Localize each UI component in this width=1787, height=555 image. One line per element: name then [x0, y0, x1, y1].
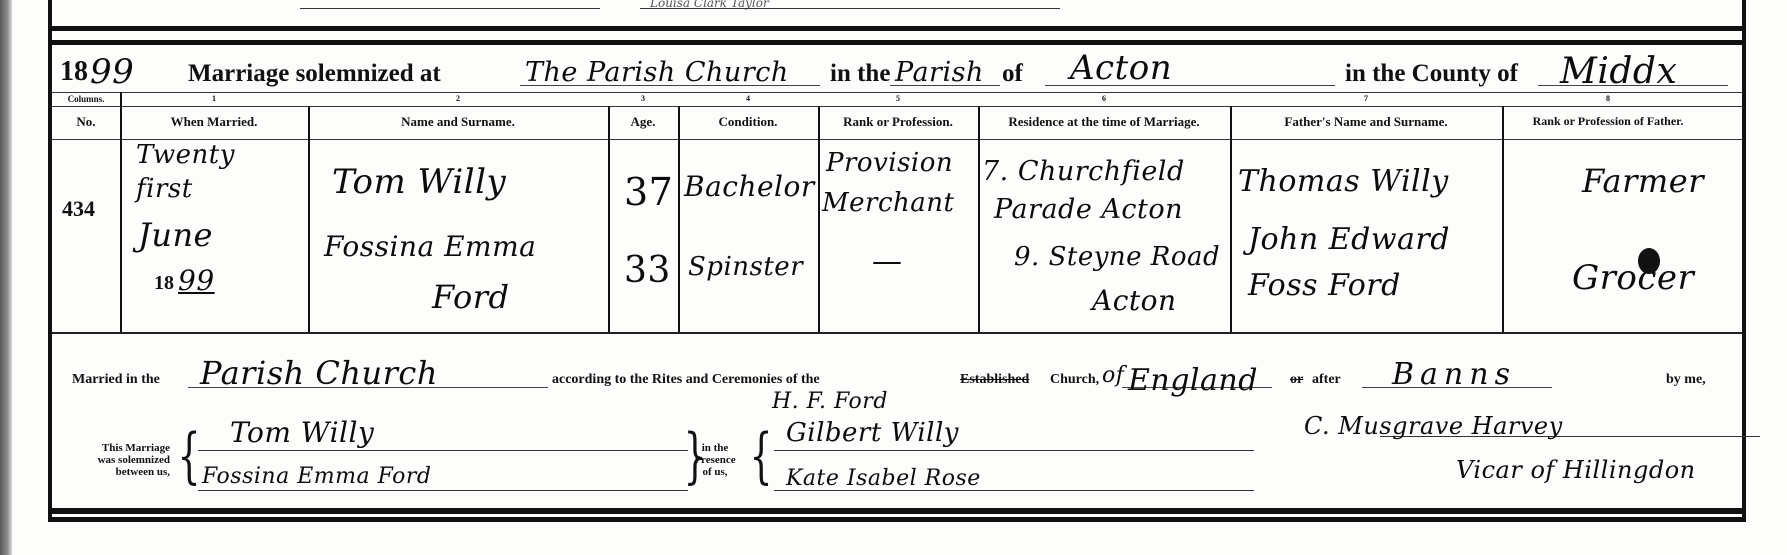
column-number: 6 [978, 94, 1230, 103]
column-number: 1 [120, 94, 308, 103]
bride-profession: — [872, 244, 903, 279]
column-label: Father's Name and Surname. [1230, 114, 1502, 130]
label-solemnized: Marriage solemnized at [188, 60, 441, 88]
top-double-rule [52, 26, 1742, 31]
church-of-hand: of [1102, 363, 1124, 388]
groom-age: 37 [624, 170, 673, 214]
year-printed: 18 [60, 56, 88, 88]
when-married-day: Twenty [136, 140, 235, 170]
column-label: Condition. [678, 114, 818, 130]
table-header: Columns. No. 1 When Married. 2 Name and … [52, 92, 1742, 140]
officiant-signature: C. Musgrave Harvey [1304, 412, 1563, 440]
by-value: Banns [1392, 357, 1516, 392]
column-number: 5 [818, 94, 978, 103]
bride-father-name-line1: John Edward [1248, 222, 1450, 257]
bride-father-profession: Grocer [1572, 258, 1694, 298]
label-by-me: by me, [1666, 372, 1706, 388]
when-married-year-hand: 99 [178, 264, 215, 297]
groom-condition: Bachelor [684, 170, 815, 203]
label-after: after [1312, 372, 1341, 388]
district-type-value: Parish [895, 57, 984, 88]
header-rule [52, 92, 1742, 93]
when-married-month: June [138, 216, 213, 254]
bride-father-name-line2: Foss Ford [1248, 268, 1401, 303]
groom-father-name: Thomas Willy [1238, 164, 1449, 199]
county-value: Middx [1560, 51, 1677, 92]
parish-name-value: Acton [1070, 48, 1172, 88]
bride-name-line1: Fossina Emma [324, 230, 536, 263]
label-presence: in the Presence of us, [690, 442, 740, 478]
label-line: of us, [690, 466, 740, 478]
column-number: 2 [308, 94, 608, 103]
column-number: 4 [678, 94, 818, 103]
signature-line [198, 490, 688, 491]
groom-residence-line1: 7. Churchfield [982, 156, 1185, 187]
bride-name-line2: Ford [432, 278, 510, 316]
bottom-rule [52, 508, 1746, 514]
header-rule [52, 106, 1742, 107]
label-of: of [1002, 60, 1023, 88]
ink-blot [1638, 248, 1660, 274]
label-line: was solemnized [62, 454, 170, 466]
venue-value: Parish Church [200, 354, 438, 392]
label-married-in: Married in the [72, 372, 160, 388]
column-label: No. [52, 114, 120, 130]
label-line: in the [690, 442, 740, 454]
bride-age: 33 [624, 250, 671, 291]
year-handwritten: 99 [90, 52, 134, 92]
entry-number: 434 [62, 196, 95, 222]
place-value: The Parish Church [525, 57, 789, 88]
church-of-value: England [1128, 363, 1258, 398]
groom-profession-line2: Merchant [822, 188, 954, 218]
ceremony-line: Married in the Parish Church according t… [72, 352, 1732, 392]
label-county: in the County of [1345, 60, 1518, 88]
label-between: This Marriage was solemnized between us, [62, 442, 170, 478]
top-double-rule [52, 40, 1742, 45]
when-married-ordinal: first [136, 174, 193, 204]
column-label: Name and Surname. [308, 114, 608, 130]
when-married-year-printed: 18 [154, 272, 174, 295]
struck-established: Established [960, 372, 1029, 388]
label-line: between us, [62, 466, 170, 478]
label-church: Church, [1050, 372, 1099, 388]
column-number: Columns. [52, 94, 120, 104]
witness1-signature: Gilbert Willy [786, 418, 959, 448]
groom-father-profession: Farmer [1582, 162, 1704, 200]
label-line: Presence [690, 454, 740, 466]
groom-name: Tom Willy [332, 162, 506, 202]
bride-residence-line2: Acton [1092, 284, 1177, 317]
column-number: 8 [1502, 94, 1714, 103]
column-label: Rank or Profession. [818, 114, 978, 130]
interlined-note: H. F. Ford [772, 389, 888, 414]
signature-line [198, 450, 688, 451]
party2-signature: Fossina Emma Ford [202, 464, 432, 489]
bride-condition: Spinster [688, 252, 803, 282]
label-in-the: in the [830, 60, 890, 88]
column-label: When Married. [120, 114, 308, 130]
column-number: 7 [1230, 94, 1502, 103]
column-label: Rank or Profession of Father. [1502, 114, 1714, 129]
column-number: 3 [608, 94, 678, 103]
party1-signature: Tom Willy [230, 416, 374, 449]
groom-residence-line2: Parade Acton [994, 194, 1183, 225]
struck-or: or [1290, 372, 1303, 388]
signature-line [774, 450, 1254, 451]
left-brace: { [178, 426, 201, 486]
column-label: Age. [608, 114, 678, 130]
groom-profession-line1: Provision [826, 148, 953, 178]
left-brace: { [750, 426, 773, 486]
officiant-title: Vicar of Hillingdon [1456, 456, 1696, 484]
label-line: This Marriage [62, 442, 170, 454]
marriage-entry-row: 434 Twenty first June 18 99 Tom Willy Fo… [52, 140, 1742, 332]
scan-edge-shadow [0, 0, 12, 555]
entry-bottom-rule [52, 332, 1742, 334]
label-rites: according to the Rites and Ceremonies of… [552, 372, 820, 388]
column-label: Residence at the time of Marriage. [978, 114, 1230, 130]
header-line: 18 99 Marriage solemnized at The Parish … [60, 48, 1740, 92]
bride-residence-line1: 9. Steyne Road [1014, 242, 1220, 272]
witness2-signature: Kate Isabel Rose [786, 466, 981, 491]
